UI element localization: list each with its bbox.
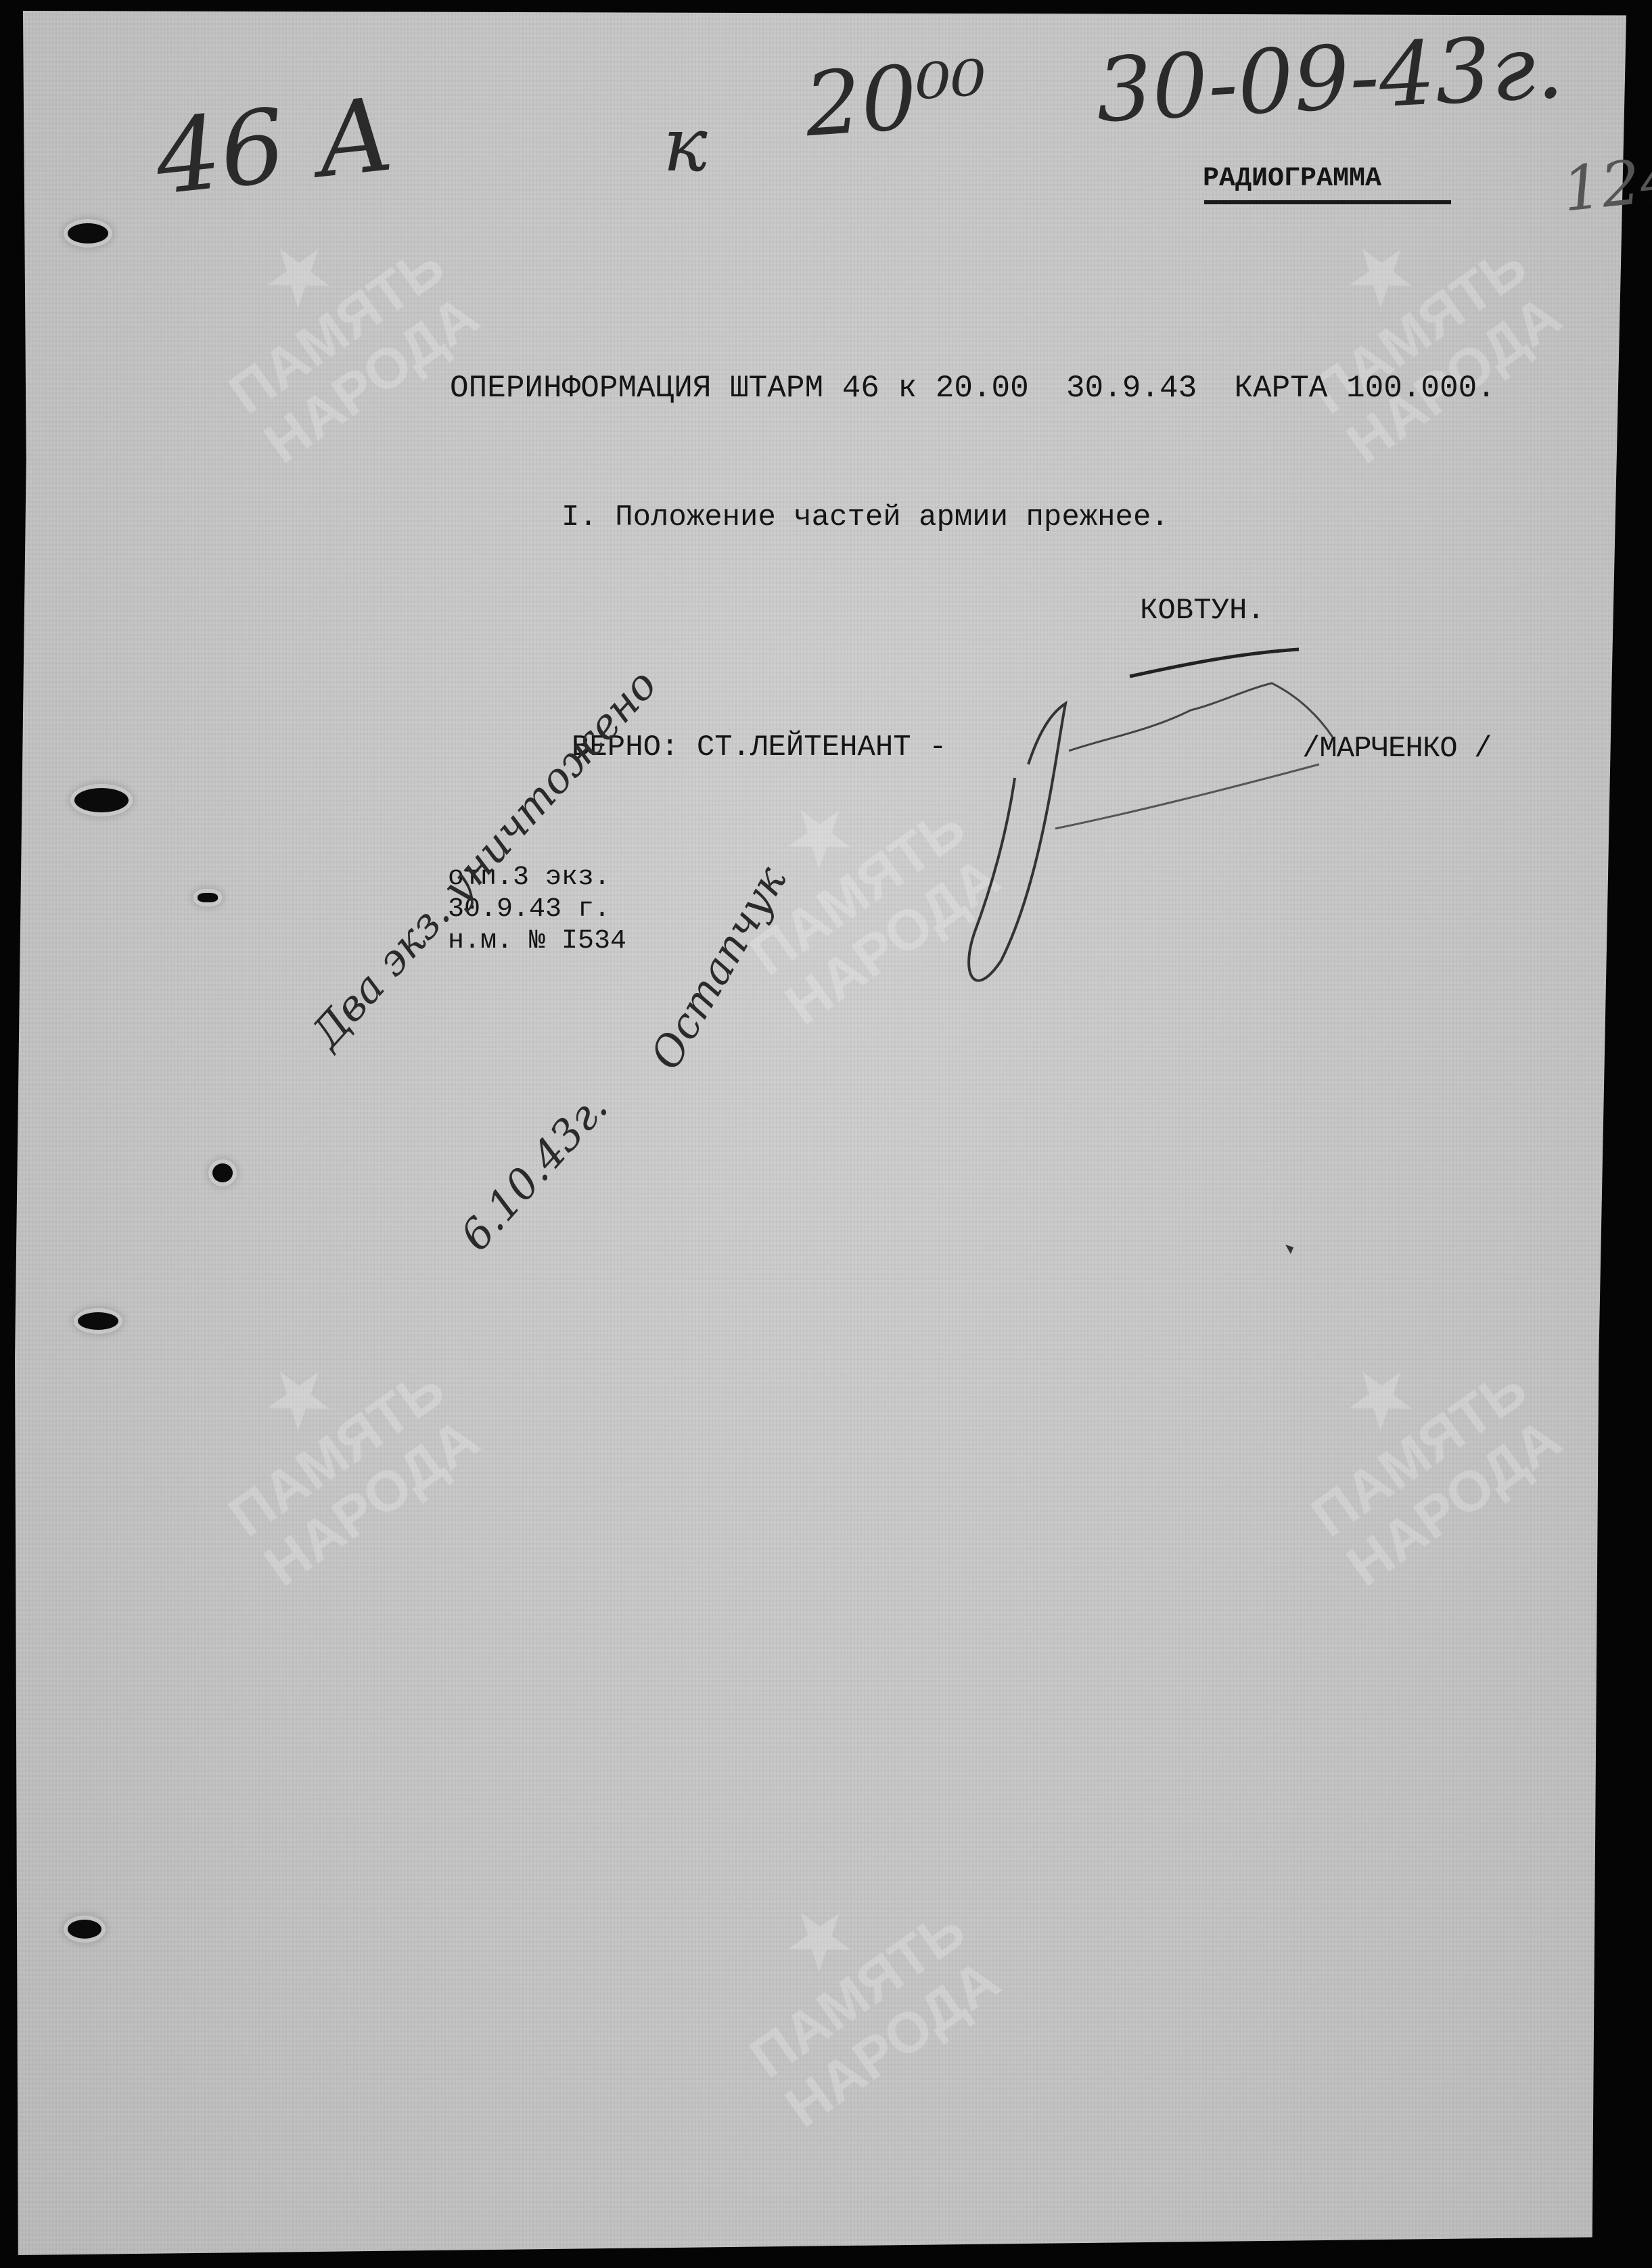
document-type: РАДИОГРАММА	[1203, 164, 1381, 194]
punch-hole	[212, 1163, 233, 1182]
handwritten-time-prefix: к	[663, 101, 708, 188]
verifier-name: /МАРЧЕНКО /	[1302, 732, 1491, 766]
document-type-underline	[1204, 200, 1451, 204]
punch-hole	[198, 893, 218, 902]
punch-hole	[68, 1920, 101, 1939]
operational-info-heading: ОПЕРИНФОРМАЦИЯ ШТАРМ 46 к 20.00 30.9.43 …	[450, 371, 1496, 406]
verification-label: ВЕРНО: СТ.ЛЕЙТЕНАНТ -	[572, 731, 947, 764]
handwritten-time: 20⁰⁰	[802, 41, 991, 156]
sheet-number: 124	[1559, 143, 1652, 225]
punch-hole	[68, 223, 108, 244]
body-paragraph-1: I. Положение частей армии прежнее.	[561, 501, 1169, 534]
punch-hole	[78, 1312, 118, 1330]
signatory-name: КОВТУН.	[1140, 594, 1265, 628]
handwritten-army-number: 46 А	[150, 76, 399, 218]
registration-number: н.м. № I534	[448, 926, 626, 956]
punch-hole	[74, 788, 129, 812]
